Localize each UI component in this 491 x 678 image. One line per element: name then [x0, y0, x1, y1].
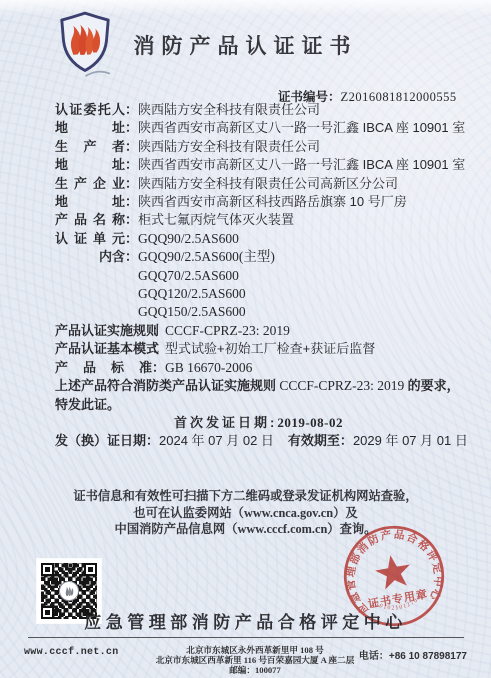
field-value: 型式试验+初始工厂检查+获证后监督: [165, 341, 375, 356]
field-value: GQQ90/2.5AS600(主型): [138, 249, 275, 264]
field-value: 陕西省西安市高新区丈八一路一号汇鑫 IBCA 座 10901 室: [138, 157, 465, 172]
first-issue-value: 2019-08-02: [277, 415, 343, 430]
statement-part1: 上述产品符合消防类产品认证实施规则: [55, 378, 276, 393]
field-label: 认证委托人: [55, 101, 125, 119]
field-value: CCCF-CPRZ-23: 2019: [165, 323, 290, 338]
valid-date-label: 有效期至：: [288, 433, 353, 448]
field-value: GQQ70/2.5AS600: [138, 268, 239, 283]
field-colon: ：: [152, 360, 165, 375]
field-row-cert-rule: 产品认证实施规则：CCCF-CPRZ-23: 2019: [55, 322, 462, 340]
field-colon: ：: [125, 231, 138, 246]
field-value: GQQ90/2.5AS600: [138, 231, 239, 246]
field-label: 认证单元: [55, 230, 125, 248]
statement: 上述产品符合消防类产品认证实施规则 CCCF-CPRZ-23: 2019 的要求…: [55, 377, 462, 414]
certificate-fields: 认证委托人：陕西陆方安全科技有限责任公司 地址：陕西省西安市高新区丈八一路一号汇…: [55, 101, 462, 451]
footer-address-line-1: 北京市东城区永外西革新里甲 108 号: [130, 645, 380, 655]
field-label: 生产者: [55, 138, 125, 156]
issue-date-label: 发（换）证日期：: [55, 433, 159, 448]
field-colon: ：: [125, 194, 138, 209]
field-value: 陕西省西安市高新区科技西路岳旗寨 10 号厂房: [138, 194, 407, 209]
field-colon: ：: [152, 323, 165, 338]
field-label: 产品认证实施规则: [55, 322, 152, 340]
field-colon: ：: [125, 139, 138, 154]
field-value: 陕西陆方安全科技有限责任公司: [138, 102, 320, 117]
field-colon: ：: [125, 176, 138, 191]
field-colon: ：: [125, 102, 138, 117]
footer-address-line-2: 北京市东城区西革新里 116 号百荣嘉园大厦 A 座二层: [130, 655, 380, 665]
first-issue-date-line: 首次发证日期:2019-08-02: [55, 414, 462, 432]
footer-website: www.cccf.net.cn: [24, 647, 119, 658]
field-row-applicant: 认证委托人：陕西陆方安全科技有限责任公司: [55, 101, 462, 119]
footer-phone: 电话：+86 10 87898177: [359, 647, 467, 662]
field-label: 产品认证基本模式: [55, 340, 152, 358]
certificate-page: 消防产品认证证书 证书编号：Z2016081812000555 认证委托人：陕西…: [0, 0, 491, 678]
notice-line-1: 证书信息和有效性可扫描下方二维码或登录发证机构网站查验，: [0, 488, 491, 505]
field-colon: ：: [152, 341, 165, 356]
field-row-product-standard: 产品标准：GB 16670-2006: [55, 359, 462, 377]
field-label: 产品标准: [55, 359, 152, 377]
field-value: 柜式七氟丙烷气体灭火装置: [138, 212, 294, 227]
field-row-model-3: GQQ120/2.5AS600: [55, 285, 462, 303]
issue-date-value: 2024 年 07 月 02 日: [159, 433, 274, 448]
field-row-cert-unit: 认证单元：GQQ90/2.5AS600: [55, 230, 462, 248]
field-label: 地址: [55, 156, 125, 174]
field-value: 陕西省西安市高新区丈八一路一号汇鑫 IBCA 座 10901 室: [138, 120, 465, 135]
seal-star-icon: [373, 552, 414, 591]
field-row-producer-address: 地址：陕西省西安市高新区丈八一路一号汇鑫 IBCA 座 10901 室: [55, 156, 462, 174]
field-row-includes: 内含：GQQ90/2.5AS600(主型): [55, 248, 462, 266]
field-colon: ：: [125, 249, 138, 264]
field-colon: ：: [125, 157, 138, 172]
field-row-factory: 生产企业：陕西陆方安全科技有限责任公司高新区分公司: [55, 175, 462, 193]
field-label: 地址: [55, 193, 125, 211]
footer-address: 北京市东城区永外西革新里甲 108 号 北京市东城区西革新里 116 号百荣嘉园…: [130, 645, 380, 675]
field-value: GB 16670-2006: [165, 360, 252, 375]
field-label: 地址: [55, 119, 125, 137]
field-row-product-name: 产品名称：柜式七氟丙烷气体灭火装置: [55, 211, 462, 229]
page-title: 消防产品认证证书: [0, 30, 491, 60]
field-row-cert-mode: 产品认证基本模式：型式试验+初始工厂检查+获证后监督: [55, 340, 462, 358]
valid-date-value: 2029 年 07 月 01 日: [353, 433, 468, 448]
field-value: GQQ120/2.5AS600: [138, 286, 246, 301]
field-colon: ：: [125, 120, 138, 135]
issue-valid-date-line: 发（换）证日期：2024 年 07 月 02 日有效期至：2029 年 07 月…: [55, 432, 462, 450]
field-value: 陕西陆方安全科技有限责任公司高新区分公司: [138, 176, 398, 191]
field-row-applicant-address: 地址：陕西省西安市高新区丈八一路一号汇鑫 IBCA 座 10901 室: [55, 119, 462, 137]
field-value: 陕西陆方安全科技有限责任公司: [138, 139, 320, 154]
field-label: 生产企业: [55, 175, 125, 193]
field-row-producer: 生产者：陕西陆方安全科技有限责任公司: [55, 138, 462, 156]
first-issue-label: 首次发证日期:: [174, 415, 277, 430]
field-label: 内含: [55, 248, 125, 266]
footer-postal-code: 邮编：100077: [130, 665, 380, 675]
qr-center-flame-icon: [59, 581, 79, 601]
field-row-factory-address: 地址：陕西省西安市高新区科技西路岳旗寨 10 号厂房: [55, 193, 462, 211]
field-row-model-4: GQQ150/2.5AS600: [55, 303, 462, 321]
statement-code: CCCF-CPRZ-23: 2019: [276, 378, 408, 393]
field-value: GQQ150/2.5AS600: [138, 304, 246, 319]
field-row-model-2: GQQ70/2.5AS600: [55, 267, 462, 285]
qr-finder-top-right: [84, 563, 97, 576]
issuing-organization: 应急管理部消防产品合格评定中心: [0, 608, 491, 633]
qr-finder-top-left: [41, 563, 54, 576]
field-colon: ：: [125, 212, 138, 227]
footer-divider: [28, 637, 464, 638]
field-label: 产品名称: [55, 211, 125, 229]
